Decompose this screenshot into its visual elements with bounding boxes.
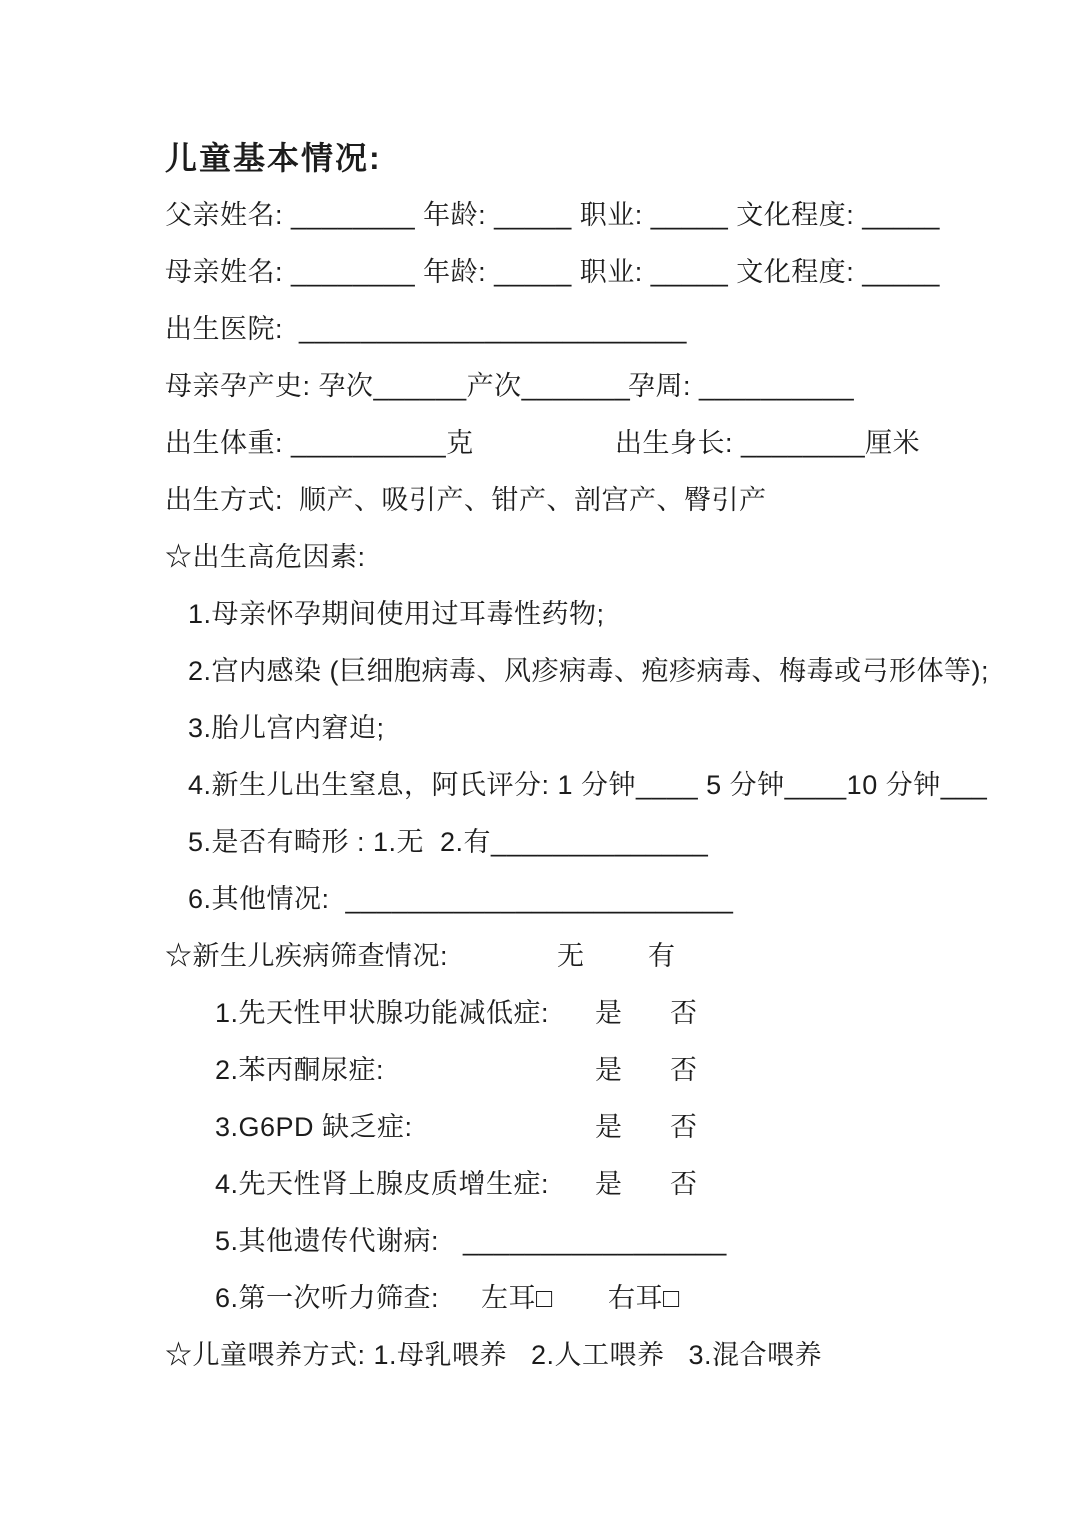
right-ear-checkbox-label: 右耳□ [608,1270,680,1327]
screening-no-option: 否 [670,1099,698,1156]
high-risk-item-4: 4.新生儿出生窒息，阿氏评分: 1 分钟____ 5 分钟____10 分钟__… [165,757,930,814]
pregnancy-history-line: 母亲孕产史: 孕次______产次_______孕周: __________ [165,358,930,415]
screening-no-option: 否 [670,1042,698,1099]
screening-row-label: 2.苯丙酮尿症: [215,1055,384,1085]
screening-row-hypothyroidism: 1.先天性甲状腺功能减低症:是否 [165,985,930,1042]
screening-heading: ☆新生儿疾病筛查情况: [165,941,448,971]
birth-length-field: 出生身长: ________厘米 [615,415,920,472]
screening-row-label: 3.G6PD 缺乏症: [215,1112,413,1142]
feeding-method-line: ☆儿童喂养方式: 1.母乳喂养 2.人工喂养 3.混合喂养 [165,1327,930,1384]
gestation-weeks-field: 孕周: __________ [628,358,854,415]
high-risk-item-3: 3.胎儿宫内窘迫; [165,700,930,757]
screening-row-pku: 2.苯丙酮尿症:是否 [165,1042,930,1099]
birth-measurements-line: 出生体重: __________克出生身长: ________厘米 [165,415,930,472]
high-risk-item-6: 6.其他情况: _________________________ [165,871,930,928]
left-ear-checkbox-label: 左耳□ [481,1270,553,1327]
high-risk-item-5: 5.是否有畸形 : 1.无 2.有______________ [165,814,930,871]
birth-weight-field: 出生体重: __________克 [165,428,474,458]
document-page: 儿童基本情况: 父亲姓名: ________ 年龄: _____ 职业: ___… [0,0,1080,1527]
screening-no-option: 否 [670,1156,698,1213]
delivery-mode-line: 出生方式: 顺产、吸引产、钳产、剖宫产、臀引产 [165,472,930,529]
screening-other-metabolic-line: 5.其他遗传代谢病: _________________ [165,1213,930,1270]
high-risk-heading: ☆出生高危因素: [165,529,930,586]
document-title: 儿童基本情况: [165,130,930,187]
screening-heading-row: ☆新生儿疾病筛查情况:无有 [165,928,930,985]
screening-row-cah: 4.先天性肾上腺皮质增生症:是否 [165,1156,930,1213]
screening-yes-option: 是 [595,1156,623,1213]
screening-row-label: 4.先天性肾上腺皮质增生症: [215,1169,549,1199]
screening-col-none: 无 [557,928,585,985]
birth-hospital-line: 出生医院: _________________________ [165,301,930,358]
screening-yes-option: 是 [595,1042,623,1099]
high-risk-item-2: 2.宫内感染 (巨细胞病毒、风疹病毒、疱疹病毒、梅毒或弓形体等); [165,643,930,700]
father-info-line: 父亲姓名: ________ 年龄: _____ 职业: _____ 文化程度:… [165,187,930,244]
screening-col-have: 有 [648,928,676,985]
hearing-screening-label: 6.第一次听力筛查: [215,1283,439,1313]
screening-row-label: 1.先天性甲状腺功能减低症: [215,998,549,1028]
screening-no-option: 否 [670,985,698,1042]
screening-yes-option: 是 [595,1099,623,1156]
hearing-screening-line: 6.第一次听力筛查:左耳□右耳□ [165,1270,930,1327]
high-risk-item-1: 1.母亲怀孕期间使用过耳毒性药物; [165,586,930,643]
pregnancy-history-label: 母亲孕产史: 孕次______产次_______ [165,371,630,401]
form-body: 儿童基本情况: 父亲姓名: ________ 年龄: _____ 职业: ___… [165,130,930,1384]
screening-yes-option: 是 [595,985,623,1042]
screening-row-g6pd: 3.G6PD 缺乏症:是否 [165,1099,930,1156]
mother-info-line: 母亲姓名: ________ 年龄: _____ 职业: _____ 文化程度:… [165,244,930,301]
